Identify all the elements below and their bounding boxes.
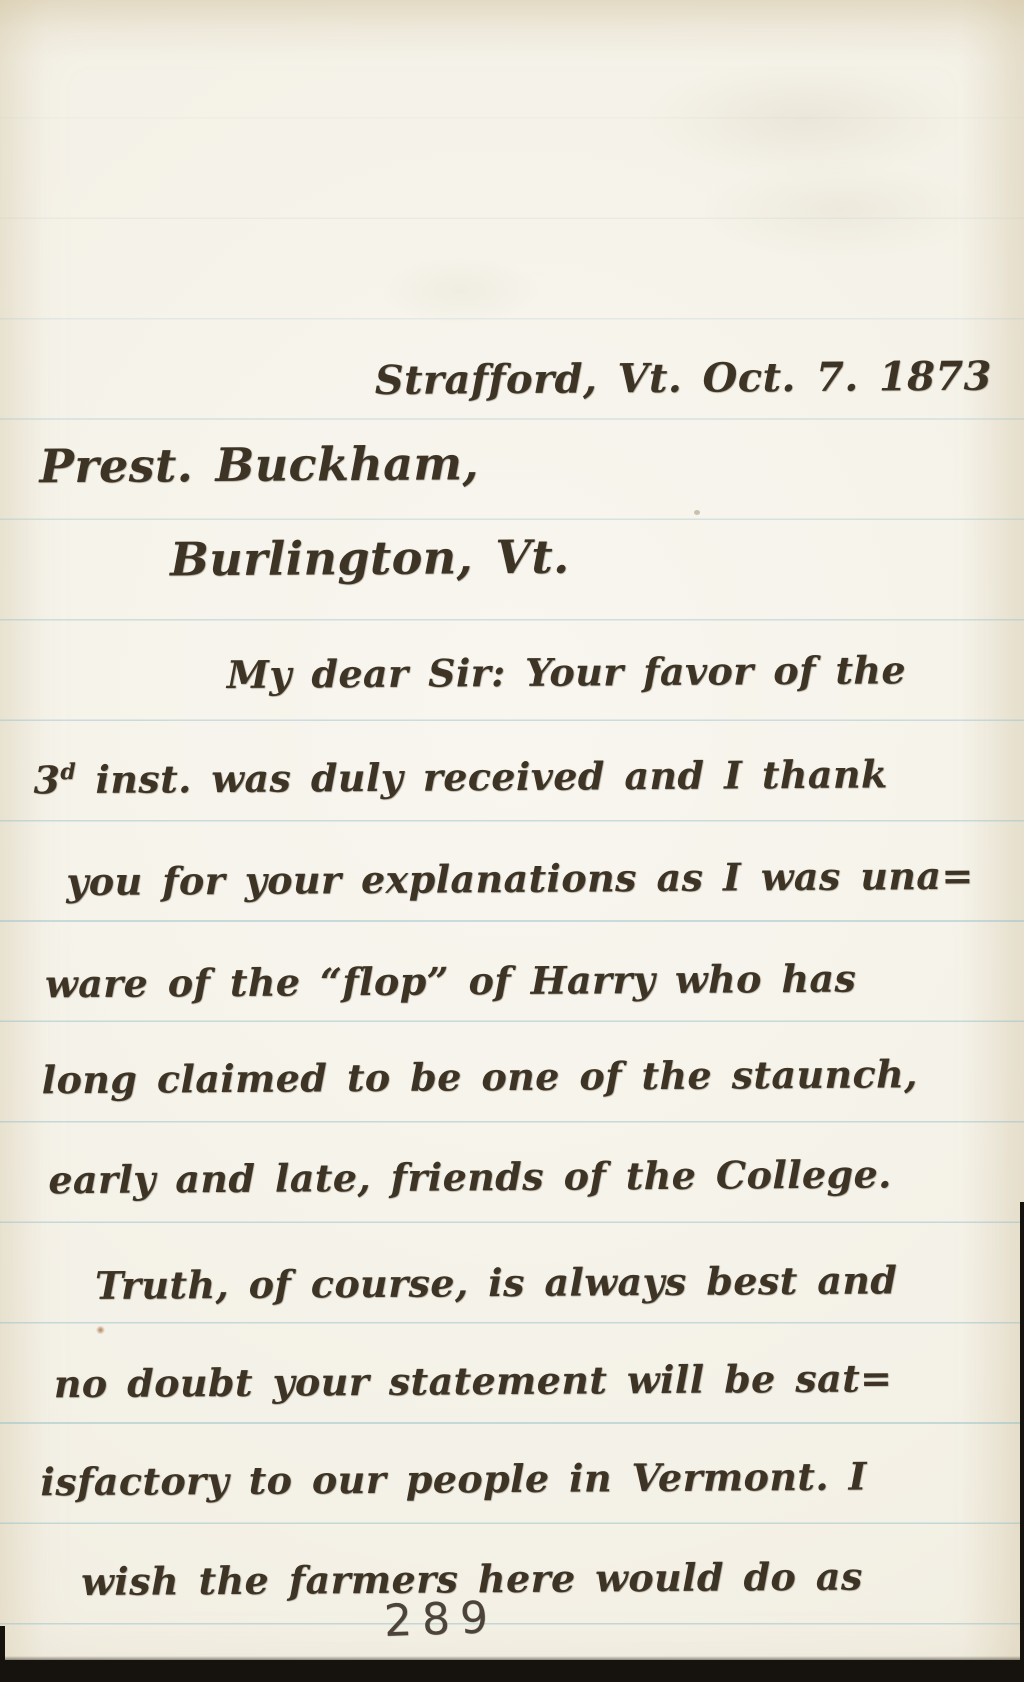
recipient-city: Burlington, Vt. bbox=[170, 532, 570, 585]
dateline: Strafford, Vt. Oct. 7. 1873 bbox=[375, 355, 992, 403]
handwritten-letter: Strafford, Vt. Oct. 7. 1873 Prest. Buckh… bbox=[0, 0, 1024, 1682]
ordinal-number: 3 bbox=[33, 757, 60, 802]
body-line-text: inst. was duly received and I thank bbox=[76, 751, 888, 802]
body-line: ware of the “flop” of Harry who has bbox=[45, 958, 857, 1005]
scan-edge-bottom bbox=[0, 1660, 1024, 1682]
body-line: My dear Sir: Your favor of the bbox=[227, 649, 906, 696]
page-number: 289 bbox=[383, 1592, 499, 1647]
body-line: 3d inst. was duly received and I thank bbox=[33, 753, 887, 801]
body-line: no doubt your statement will be sat= bbox=[54, 1357, 893, 1405]
letter-scan-page: Strafford, Vt. Oct. 7. 1873 Prest. Buckh… bbox=[0, 0, 1024, 1682]
body-line: early and late, friends of the College. bbox=[48, 1153, 892, 1201]
body-line: long claimed to be one of the staunch, bbox=[42, 1053, 918, 1101]
body-line: isfactory to our people in Vermont. I bbox=[40, 1456, 867, 1504]
ordinal-superscript: d bbox=[60, 759, 76, 785]
scan-edge-right bbox=[1020, 1202, 1024, 1682]
body-line: you for your explanations as I was una= bbox=[66, 855, 974, 903]
recipient-name: Prest. Buckham, bbox=[39, 438, 479, 492]
body-line: Truth, of course, is always best and bbox=[95, 1259, 897, 1306]
